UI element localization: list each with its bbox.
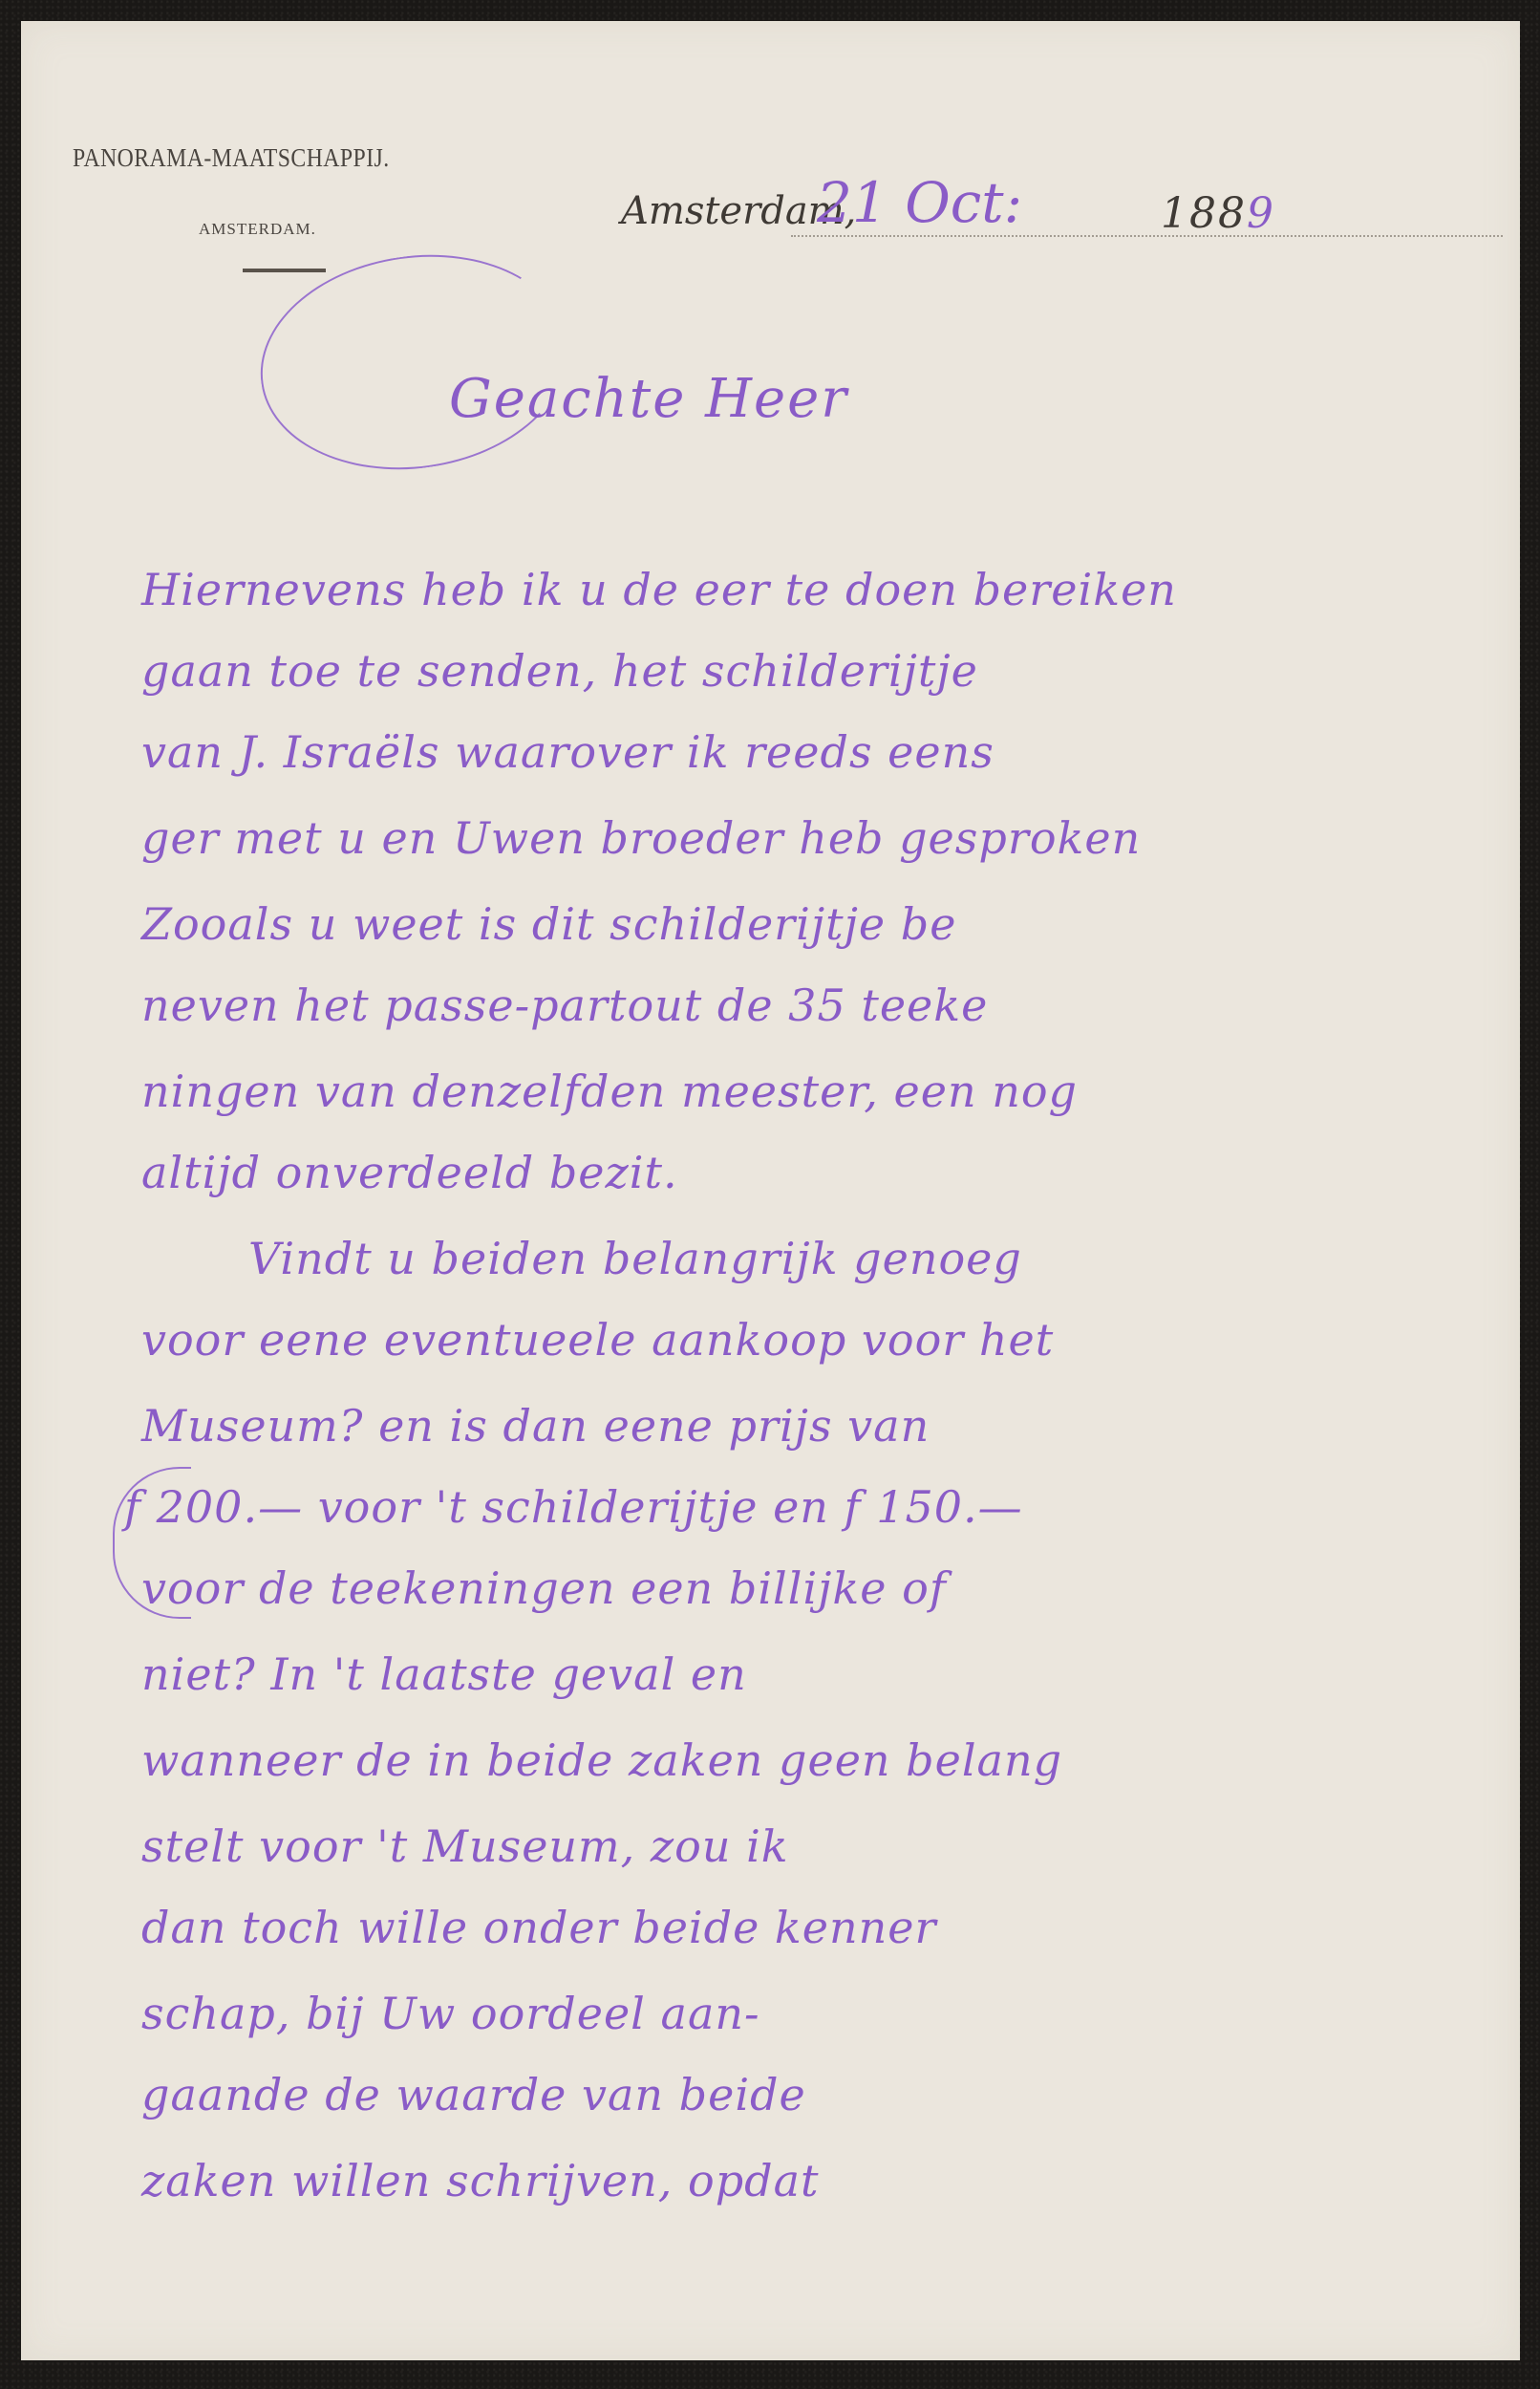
letter-line: niet? In 't laatste geval en (141, 1648, 747, 1700)
letter-line: Museum? en is dan eene prijs van (141, 1400, 930, 1452)
letter-line: neven het passe-partout de 35 teeke (141, 979, 988, 1031)
letter-line: stelt voor 't Museum, zou ik (141, 1820, 789, 1872)
letter-line: gaande de waarde van beide (141, 2069, 806, 2120)
letter-line: altijd onverdeeld bezit. (141, 1147, 678, 1198)
letter-line: dan toch wille onder beide kenner (141, 1902, 937, 1953)
letter-line: Hiernevens heb ik u de eer te doen berei… (141, 564, 1177, 615)
letter-line: ningen van denzelfden meester, een nog (141, 1065, 1078, 1117)
letter-line: Vindt u beiden belangrijk genoeg (248, 1233, 1022, 1284)
letter-line: voor eene eventueele aankoop voor het (141, 1314, 1054, 1366)
letter-line: zaken willen schrijven, opdat (141, 2155, 820, 2206)
letter-line: f 200.— voor 't schilderijtje en f 150.— (124, 1481, 1023, 1533)
letter-line: voor de teekeningen een billijke of (141, 1562, 947, 1614)
letter-body: Hiernevens heb ik u de eer te doen berei… (0, 0, 1540, 2389)
letter-line: schap, bij Uw oordeel aan- (141, 1988, 760, 2039)
letter-line: wanneer de in beide zaken geen belang (141, 1734, 1062, 1786)
letter-line: ger met u en Uwen broeder heb gesproken (141, 812, 1141, 864)
letter-line: van J. Israëls waarover ik reeds eens (141, 726, 995, 778)
letter-line: gaan toe te senden, het schilderijtje (141, 645, 978, 697)
letter-line: Zooals u weet is dit schilderijtje be (141, 898, 956, 950)
